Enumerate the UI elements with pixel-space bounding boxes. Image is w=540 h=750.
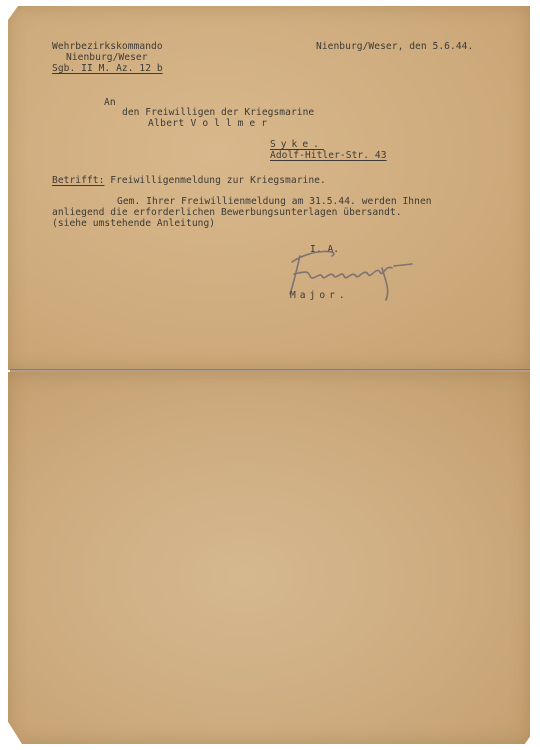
subject-text: Freiwilligenmeldung zur Kriegsmarine.	[110, 175, 326, 186]
sender-office: Wehrbezirkskommando	[52, 41, 163, 52]
body-line-3: (siehe umstehende Anleitung)	[52, 218, 215, 229]
recipient-line: den Freiwilligen der Kriegsmarine	[122, 107, 314, 118]
letter-page-bottom-blank	[8, 372, 530, 744]
body-line-2: anliegend die erforderlichen Bewerbungsu…	[52, 207, 402, 218]
recipient-name: Albert Vollmer	[148, 118, 273, 129]
recipient-salutation: An	[104, 97, 116, 108]
sender-reference: Sgb. II M. Az. 12 b	[52, 63, 163, 74]
signature-title: Major.	[290, 290, 349, 301]
sender-city: Nienburg/Weser	[66, 52, 148, 63]
place-date: Nienburg/Weser, den 5.6.44.	[316, 41, 473, 52]
body-line-1: Gem. Ihrer Freiwillienmeldung am 31.5.44…	[117, 196, 432, 207]
recipient-street: Adolf-Hitler-Str. 43	[270, 150, 387, 161]
subject-label: Betrifft:	[52, 175, 104, 186]
subject-line: Betrifft: Freiwilligenmeldung zur Kriegs…	[52, 175, 326, 186]
recipient-town: Syke.	[270, 139, 324, 150]
